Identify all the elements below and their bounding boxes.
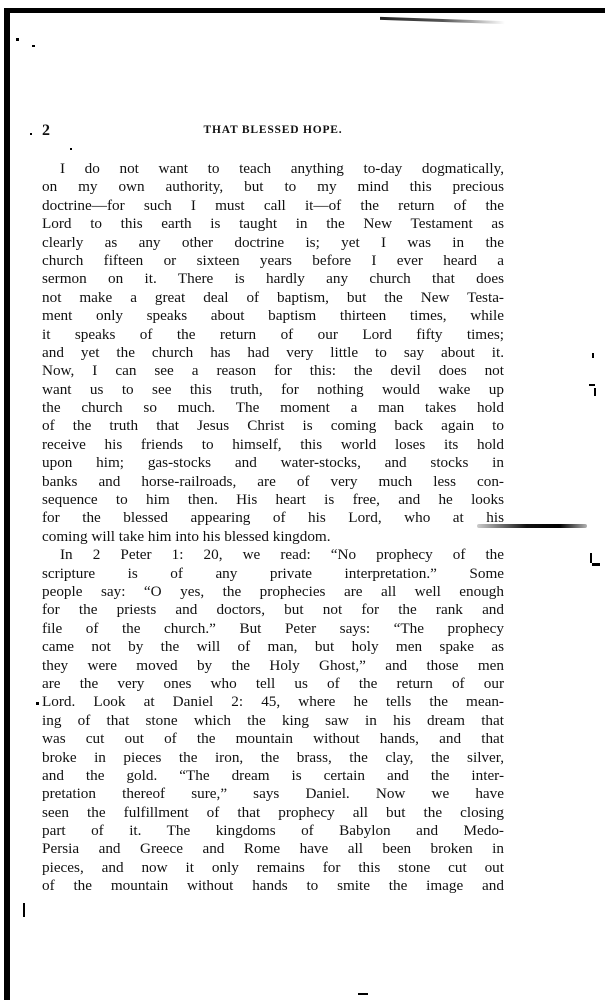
scan-speck <box>589 384 595 386</box>
text-line: came not by the will of man, but holy me… <box>42 638 504 656</box>
text-line: ment only speaks about baptism thirteen … <box>42 307 504 325</box>
text-line: want us to see this truth, for nothing w… <box>42 381 504 399</box>
scan-border-left <box>4 8 10 1000</box>
text-line: on my own authority, but to my mind this… <box>42 178 504 196</box>
text-line: sequence to him then. His heart is free,… <box>42 491 504 509</box>
text-line: of the truth that Jesus Christ is coming… <box>42 417 504 435</box>
text-line: Now, I can see a reason for this: the de… <box>42 362 504 380</box>
running-title: THAT BLESSED HOPE. <box>42 124 504 136</box>
scan-speck <box>36 702 39 705</box>
text-line: ing of that stone which the king saw in … <box>42 712 504 730</box>
text-line: they were moved by the Holy Ghost,” and … <box>42 657 504 675</box>
text-line: people say: “O yes, the prophecies are a… <box>42 583 504 601</box>
text-line: In 2 Peter 1: 20, we read: “No prophecy … <box>42 546 504 564</box>
scan-speck <box>592 563 600 566</box>
text-line: and yet the church has had very little t… <box>42 344 504 362</box>
text-line: are the very ones who tell us of the ret… <box>42 675 504 693</box>
scan-smudge-top <box>380 17 505 24</box>
text-line: seen the fulfillment of that prophecy al… <box>42 804 504 822</box>
paragraph-2: In 2 Peter 1: 20, we read: “No prophecy … <box>42 546 504 895</box>
text-line: file of the church.” But Peter says: “Th… <box>42 620 504 638</box>
text-line: for the blessed appearing of his Lord, w… <box>42 509 504 527</box>
text-line: broke in pieces the iron, the brass, the… <box>42 749 504 767</box>
scan-speck <box>358 993 368 995</box>
scan-speck <box>16 38 19 41</box>
running-head: 2 THAT BLESSED HOPE. <box>42 122 504 142</box>
scan-border-top <box>4 8 605 13</box>
text-line: doctrine—for such I must call it—of the … <box>42 197 504 215</box>
text-line: scripture is of any private interpretati… <box>42 565 504 583</box>
scan-speck <box>32 45 35 47</box>
text-line: banks and horse-railroads, are of very m… <box>42 473 504 491</box>
book-page: 2 THAT BLESSED HOPE. I do not want to te… <box>42 122 504 896</box>
text-line: Lord to this earth is taught in the New … <box>42 215 504 233</box>
text-line: not make a great deal of baptism, but th… <box>42 289 504 307</box>
scan-speck <box>592 353 594 358</box>
text-line: of the mountain without hands to smite t… <box>42 877 504 895</box>
text-line: sermon on it. There is hardly any church… <box>42 270 504 288</box>
body-text: I do not want to teach anything to-day d… <box>42 160 504 896</box>
text-line: it speaks of the return of our Lord fift… <box>42 326 504 344</box>
text-line: for the priests and doctors, but not for… <box>42 601 504 619</box>
text-line: Persia and Greece and Rome have all been… <box>42 840 504 858</box>
text-line: coming will take him into his blessed ki… <box>42 528 504 546</box>
scan-speck <box>23 903 25 917</box>
text-line: I do not want to teach anything to-day d… <box>42 160 504 178</box>
text-line: Lord. Look at Daniel 2: 45, where he tel… <box>42 693 504 711</box>
text-line: the church so much. The moment a man tak… <box>42 399 504 417</box>
text-line: church fifteen or sixteen years before I… <box>42 252 504 270</box>
text-line: was cut out of the mountain without hand… <box>42 730 504 748</box>
text-line: pretation thereof sure,” says Daniel. No… <box>42 785 504 803</box>
paragraph-1: I do not want to teach anything to-day d… <box>42 160 504 546</box>
text-line: and the gold. “The dream is certain and … <box>42 767 504 785</box>
scan-speck <box>30 133 32 135</box>
text-line: pieces, and now it only remains for this… <box>42 859 504 877</box>
text-line: receive his friends to himself, this wor… <box>42 436 504 454</box>
text-line: clearly as any other doctrine is; yet I … <box>42 234 504 252</box>
scan-speck <box>594 388 596 396</box>
scan-speck <box>590 553 592 563</box>
text-line: upon him; gas-stocks and water-stocks, a… <box>42 454 504 472</box>
text-line: part of it. The kingdoms of Babylon and … <box>42 822 504 840</box>
